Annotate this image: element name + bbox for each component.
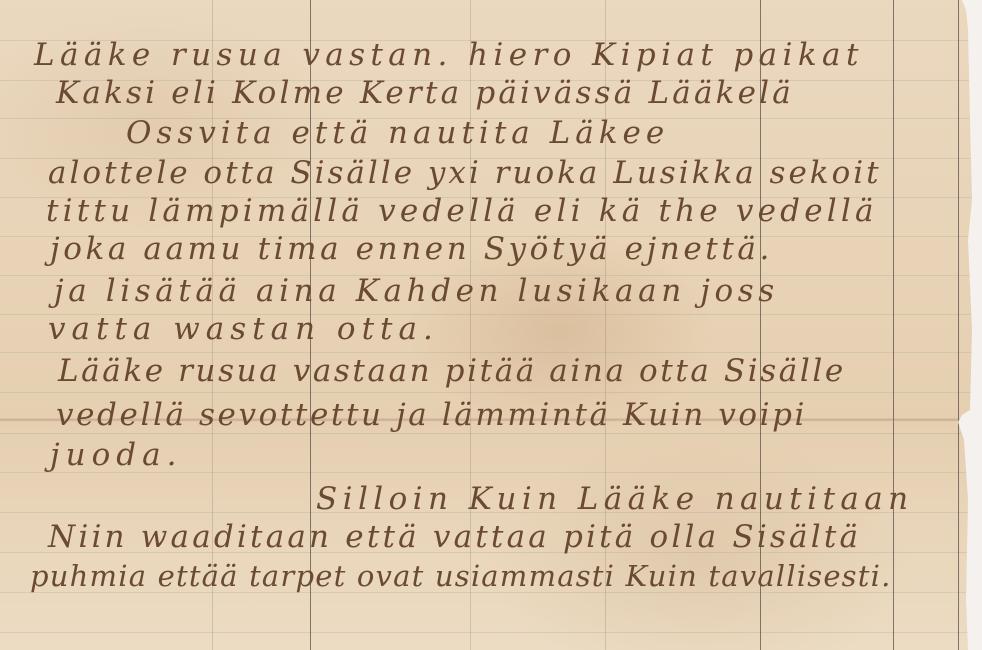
handwritten-line: Ossvita että nautita Läkee bbox=[126, 118, 669, 149]
ruling-line bbox=[0, 392, 972, 393]
handwritten-line: Niin waaditaan että vattaa pitä olla Sis… bbox=[48, 522, 861, 553]
handwritten-line: joka aamu tima ennen Syötyä ejnettä. bbox=[50, 234, 773, 265]
handwritten-line: ja lisätää aina Kahden lusikaan joss bbox=[54, 276, 779, 307]
handwritten-line: vedellä sevottettu ja lämmintä Kuin voip… bbox=[56, 400, 807, 431]
handwritten-line: tittu lämpimällä vedellä eli kä the vede… bbox=[46, 196, 878, 227]
letter-paper: Lääke rusua vastan. hiero Kipiat paikat … bbox=[0, 0, 972, 650]
handwritten-line: puhmia ettää tarpet ovat usiammasti Kuin… bbox=[30, 562, 892, 591]
handwritten-line: Kaksi eli Kolme Kerta päivässä Lääkelä bbox=[56, 78, 794, 109]
handwritten-line: Silloin Kuin Lääke nautitaan bbox=[316, 484, 913, 515]
column-rule bbox=[893, 0, 894, 650]
handwritten-line: vatta wastan otta. bbox=[48, 314, 439, 345]
handwritten-line: Lääke rusua vastan. hiero Kipiat paikat bbox=[34, 40, 864, 71]
handwritten-line: juoda. bbox=[50, 440, 182, 471]
column-rule bbox=[958, 0, 959, 650]
handwritten-line: Lääke rusua vastaan pitää aina otta Sisä… bbox=[58, 356, 846, 387]
ruling-line bbox=[0, 433, 972, 434]
handwritten-line: alottele otta Sisälle yxi ruoka Lusikka … bbox=[48, 158, 882, 189]
ruling-line bbox=[0, 632, 972, 633]
